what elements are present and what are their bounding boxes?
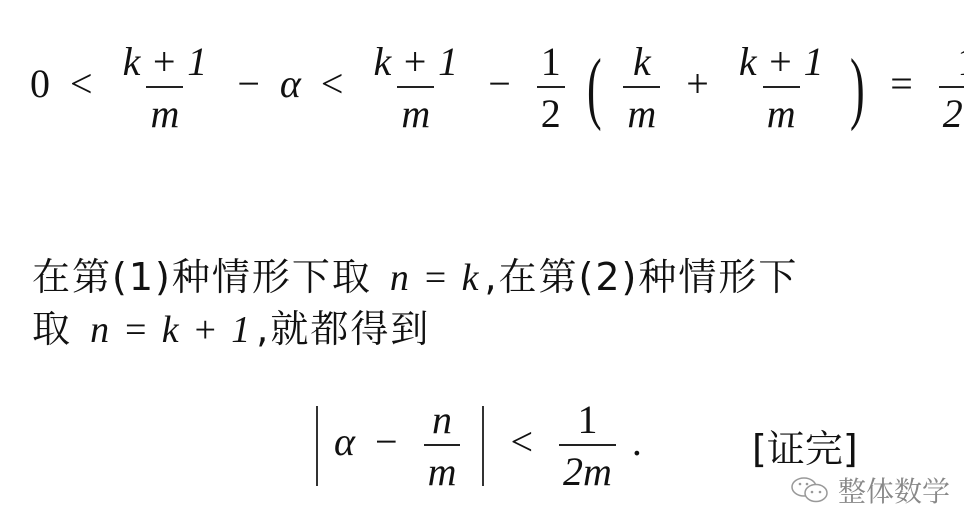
eq1-half-numerator: 1 [537, 42, 565, 86]
line2-math: n = k + 1 [90, 309, 252, 351]
eq2-fraction: n m [424, 400, 461, 492]
qed-label: [证完] [752, 418, 858, 473]
eq1-half: 1 2 [537, 42, 565, 134]
eq1-plus: + [686, 61, 709, 106]
eq2-result-denominator: 2m [559, 444, 616, 492]
watermark: 整体数学 [790, 470, 950, 510]
eq2-minus: − [375, 419, 398, 464]
eq2-less-than: < [510, 419, 533, 464]
eq1-fraction-2: k + 1 m [369, 42, 462, 134]
eq1-frac3-denominator: m [623, 86, 660, 134]
paragraph: 在第(1)种情形下取 n = k,在第(2)种情形下 取 n = k + 1,就… [32, 252, 798, 357]
eq2-alpha: α [334, 419, 355, 464]
eq1-frac1-numerator: k + 1 [119, 42, 212, 86]
eq1-right-paren: ) [850, 48, 865, 128]
eq1-left-paren: ( [587, 48, 602, 128]
eq2-result: 1 2m [559, 400, 616, 492]
eq1-alpha: α [280, 61, 301, 106]
paragraph-line-1: 在第(1)种情形下取 n = k,在第(2)种情形下 [32, 252, 798, 304]
eq1-frac2-denominator: m [397, 86, 434, 134]
eq1-result: 1 2m [939, 42, 964, 134]
wechat-icon [790, 475, 830, 505]
eq2-frac-denominator: m [424, 444, 461, 492]
eq1-lhs: 0 [30, 61, 50, 106]
eq1-fraction-4: k + 1 m [735, 42, 828, 134]
equation-2: α − n m < 1 2m . [310, 400, 642, 492]
equation-1: 0 < k + 1 m − α < k + 1 m − 1 2 ( k m + … [30, 42, 964, 134]
eq1-minus-1: − [237, 61, 260, 106]
eq1-result-denominator: 2m [939, 86, 964, 134]
line2-text-post: ,就都得到 [256, 307, 430, 351]
line2-text-pre: 取 [32, 307, 72, 351]
line1-math: n = k [390, 257, 481, 299]
eq1-result-numerator: 1 [953, 42, 964, 86]
eq1-less-than-2: < [321, 61, 344, 106]
eq1-frac2-numerator: k + 1 [369, 42, 462, 86]
watermark-text: 整体数学 [838, 470, 950, 510]
line1-text-post: ,在第(2)种情形下 [484, 255, 798, 299]
eq1-frac4-numerator: k + 1 [735, 42, 828, 86]
eq1-equals: = [890, 61, 913, 106]
eq2-frac-numerator: n [428, 400, 456, 444]
eq1-frac3-numerator: k [629, 42, 655, 86]
abs-bar-left [316, 406, 318, 486]
eq2-result-numerator: 1 [573, 400, 601, 444]
eq1-minus-2: − [488, 61, 511, 106]
abs-bar-right [482, 406, 484, 486]
eq1-half-denominator: 2 [537, 86, 565, 134]
eq1-fraction-3: k m [623, 42, 660, 134]
eq2-period: . [632, 419, 642, 464]
eq1-frac4-denominator: m [763, 86, 800, 134]
eq1-less-than-1: < [70, 61, 93, 106]
eq1-frac1-denominator: m [146, 86, 183, 134]
line1-text-pre: 在第(1)种情形下取 [32, 255, 372, 299]
paragraph-line-2: 取 n = k + 1,就都得到 [32, 304, 798, 356]
eq1-fraction-1: k + 1 m [119, 42, 212, 134]
